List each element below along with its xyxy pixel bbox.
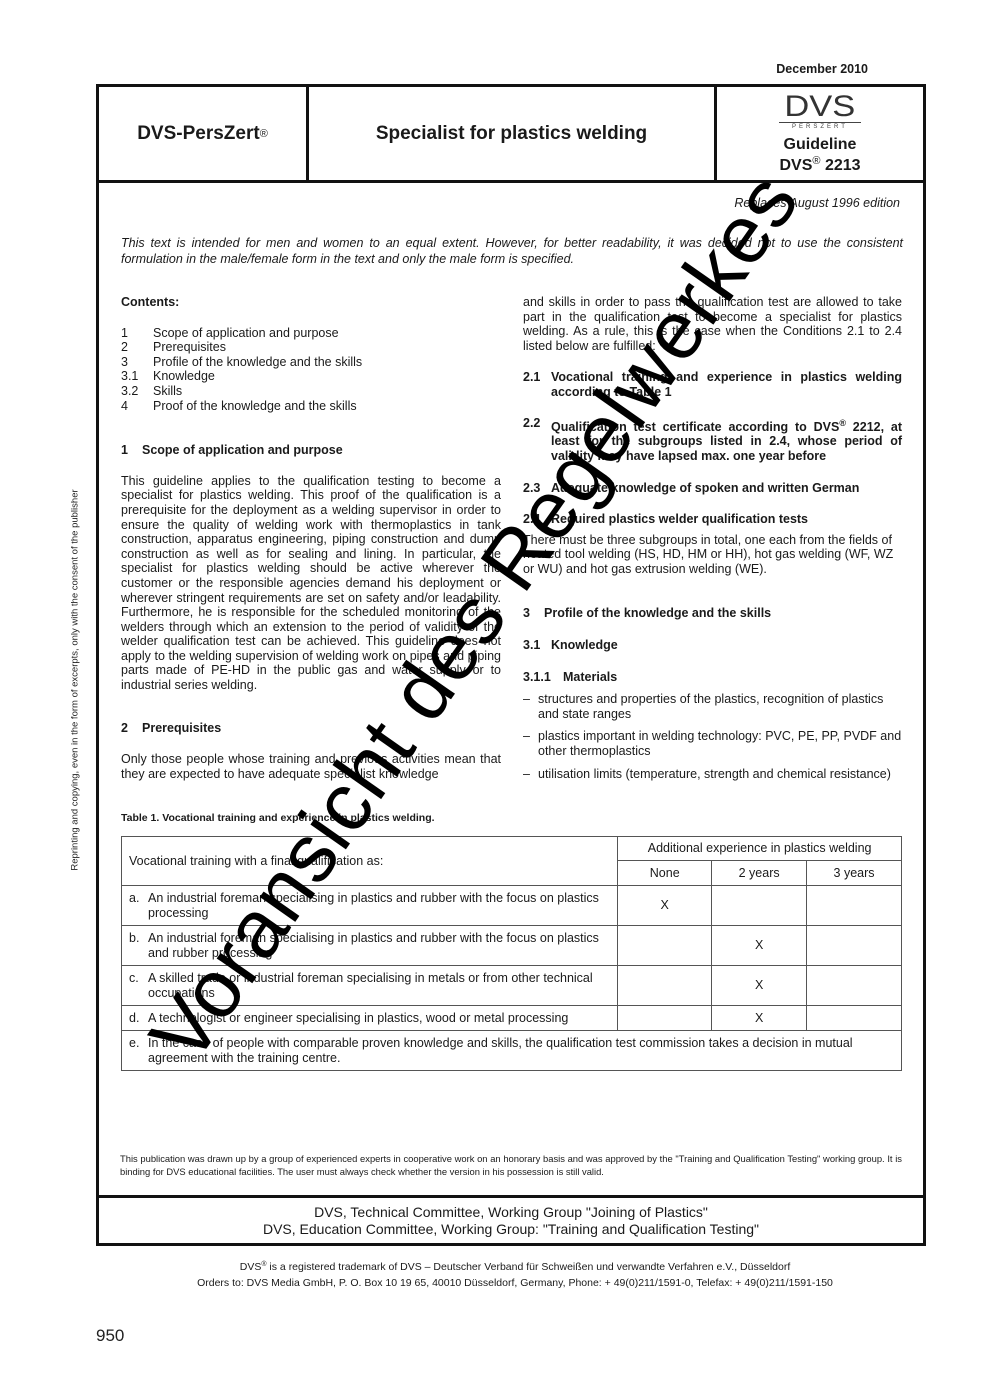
dvs-perszert-logo: DVS PERSZERT xyxy=(779,93,861,132)
section-2-heading: 2Prerequisites xyxy=(121,721,501,736)
trademark-line: DVS® is a registered trademark of DVS – … xyxy=(100,1257,930,1275)
toc-num: 3.2 xyxy=(121,384,153,399)
list-item: –structures and properties of the plasti… xyxy=(523,692,902,721)
row-letter: e. xyxy=(129,1036,148,1065)
toc-item[interactable]: 3.1Knowledge xyxy=(121,369,501,384)
trademark-text: is a registered trademark of DVS – Deuts… xyxy=(267,1261,791,1273)
row-letter: a. xyxy=(129,891,148,920)
publication-note: This publication was drawn up by a group… xyxy=(120,1152,902,1178)
guideline-label: Guideline xyxy=(784,136,857,153)
row-letter: d. xyxy=(129,1011,148,1026)
list-item-text: plastics important in welding technology… xyxy=(538,729,902,758)
table-note-row: e.In the case of people with comparable … xyxy=(122,1031,902,1071)
mark-none xyxy=(618,926,712,966)
table-row: c.A skilled trade or industrial foreman … xyxy=(122,966,902,1006)
mark-none xyxy=(618,1006,712,1031)
section-2-body-part1: Only those people whose training and pre… xyxy=(121,752,501,781)
section-title: Scope of application and purpose xyxy=(142,443,343,458)
row-text: An industrial foreman specialising in pl… xyxy=(148,931,610,960)
publication-date: December 2010 xyxy=(700,62,868,76)
toc-item[interactable]: 3.2Skills xyxy=(121,384,501,399)
row-label: d.A technologist or engineer specialisin… xyxy=(122,1006,618,1031)
section-1-body: This guideline applies to the qualificat… xyxy=(121,474,501,693)
committee-line: DVS, Technical Committee, Working Group … xyxy=(314,1204,708,1221)
mark-3-years xyxy=(807,886,902,926)
condition-num: 2.1 xyxy=(523,370,551,399)
row-letter: b. xyxy=(129,931,148,960)
list-item-text: structures and properties of the plastic… xyxy=(538,692,902,721)
guideline-dvs: DVS xyxy=(779,157,812,174)
toc-item[interactable]: 4Proof of the knowledge and the skills xyxy=(121,399,501,414)
condition-text: Vocational training and experience in pl… xyxy=(551,370,902,399)
condition-2-1: 2.1Vocational training and experience in… xyxy=(523,370,902,399)
registered-mark: ® xyxy=(839,418,846,428)
logo-dvs-text: DVS xyxy=(785,93,856,121)
row-letter: c. xyxy=(129,971,148,1000)
guideline-num: 2213 xyxy=(825,157,861,174)
toc-label: Knowledge xyxy=(153,369,215,384)
committee-line: DVS, Education Committee, Working Group:… xyxy=(263,1221,759,1238)
trademark-dvs: DVS xyxy=(240,1261,262,1273)
section-num: 1 xyxy=(121,443,142,458)
registered-mark: ® xyxy=(260,128,268,140)
section-title: Knowledge xyxy=(551,638,902,653)
list-item: –plastics important in welding technolog… xyxy=(523,729,902,758)
row-label: b.An industrial foreman specialising in … xyxy=(122,926,618,966)
row-text: An industrial foreman specialising in pl… xyxy=(148,891,610,920)
condition-text: Adequate knowledge of spoken and written… xyxy=(551,481,902,496)
section-title: Profile of the knowledge and the skills xyxy=(544,606,902,621)
table-of-contents: 1Scope of application and purpose 2Prere… xyxy=(121,326,501,414)
row-label: a.An industrial foreman specialising in … xyxy=(122,886,618,926)
group-header-experience: Additional experience in plastics weldin… xyxy=(618,837,902,861)
section-3-heading: 3Profile of the knowledge and the skills xyxy=(523,606,902,621)
mark-2-years: X xyxy=(712,1006,807,1031)
toc-num: 3.1 xyxy=(121,369,153,384)
toc-label: Skills xyxy=(153,384,182,399)
row-text: A skilled trade or industrial foreman sp… xyxy=(148,971,610,1000)
table-caption: Table 1. Vocational training and experie… xyxy=(121,812,435,824)
toc-item[interactable]: 1Scope of application and purpose xyxy=(121,326,501,341)
toc-label: Proof of the knowledge and the skills xyxy=(153,399,357,414)
section-num: 2 xyxy=(121,721,142,736)
table-row: d.A technologist or engineer specialisin… xyxy=(122,1006,902,1031)
mark-2-years: X xyxy=(712,926,807,966)
subgroups-text: There must be three subgroups in total, … xyxy=(523,533,902,577)
section-3-1-1-heading: 3.1.1Materials xyxy=(523,670,902,685)
section-title: Materials xyxy=(563,670,902,685)
copyright-side-note: Reprinting and copying, even in the form… xyxy=(70,489,81,870)
sub-header-none: None xyxy=(618,861,712,886)
condition-2-4: 2.4Required plastics welder qualificatio… xyxy=(523,512,902,527)
table-row: a.An industrial foreman specialising in … xyxy=(122,886,902,926)
document-title: Specialist for plastics welding xyxy=(309,87,717,180)
page-number: 950 xyxy=(96,1326,124,1346)
toc-num: 3 xyxy=(121,355,153,370)
row-label: c.A skilled trade or industrial foreman … xyxy=(122,966,618,1006)
toc-num: 2 xyxy=(121,340,153,355)
condition-num: 2.3 xyxy=(523,481,551,496)
logo-subtitle: PERSZERT xyxy=(792,123,848,132)
vocational-training-table: Vocational training with a final qualifi… xyxy=(121,836,902,1071)
section-2-body-part2: and skills in order to pass the qualific… xyxy=(523,295,902,353)
mark-none xyxy=(618,966,712,1006)
condition-text: Qualification test certificate according… xyxy=(551,416,902,464)
mark-3-years xyxy=(807,1006,902,1031)
registered-mark: ® xyxy=(812,155,820,167)
brand-name: DVS-PersZert xyxy=(137,123,260,145)
section-num: 3.1 xyxy=(523,638,551,653)
section-3-1-heading: 3.1Knowledge xyxy=(523,638,902,653)
section-1-heading: 1Scope of application and purpose xyxy=(121,443,501,458)
left-column: Contents: 1Scope of application and purp… xyxy=(121,295,501,781)
toc-num: 4 xyxy=(121,399,153,414)
materials-list: –structures and properties of the plasti… xyxy=(523,692,902,781)
right-column: and skills in order to pass the qualific… xyxy=(523,295,902,789)
trademark-notice: DVS® is a registered trademark of DVS – … xyxy=(100,1257,930,1291)
replaces-note: Replaces August 1996 edition xyxy=(600,196,900,210)
list-item-text: utilisation limits (temperature, strengt… xyxy=(538,767,902,782)
note-cell: e.In the case of people with comparable … xyxy=(122,1031,902,1071)
table-row: b.An industrial foreman specialising in … xyxy=(122,926,902,966)
toc-label: Profile of the knowledge and the skills xyxy=(153,355,362,370)
guideline-number: DVS® 2213 xyxy=(779,153,860,174)
condition-2-3: 2.3Adequate knowledge of spoken and writ… xyxy=(523,481,902,496)
mark-2-years xyxy=(712,886,807,926)
document-header: DVS-PersZert® Specialist for plastics we… xyxy=(99,87,923,183)
condition-num: 2.2 xyxy=(523,416,551,464)
dash-bullet: – xyxy=(523,692,538,721)
condition-text: Required plastics welder qualification t… xyxy=(551,512,902,527)
mark-3-years xyxy=(807,966,902,1006)
contents-heading: Contents: xyxy=(121,295,501,310)
mark-2-years: X xyxy=(712,966,807,1006)
brand-cell: DVS-PersZert® xyxy=(99,87,309,180)
list-item: –utilisation limits (temperature, streng… xyxy=(523,767,902,782)
orders-line: Orders to: DVS Media GmbH, P. O. Box 10 … xyxy=(100,1275,930,1291)
column-header-training: Vocational training with a final qualifi… xyxy=(122,837,618,886)
toc-num: 1 xyxy=(121,326,153,341)
toc-label: Scope of application and purpose xyxy=(153,326,339,341)
dash-bullet: – xyxy=(523,729,538,758)
row-text: A technologist or engineer specialising … xyxy=(148,1011,610,1026)
committee-box: DVS, Technical Committee, Working Group … xyxy=(99,1195,923,1243)
section-num: 3 xyxy=(523,606,544,621)
toc-item[interactable]: 2Prerequisites xyxy=(121,340,501,355)
mark-none: X xyxy=(618,886,712,926)
guideline-cell: DVS PERSZERT Guideline DVS® 2213 xyxy=(717,87,923,180)
dash-bullet: – xyxy=(523,767,538,782)
row-text: In the case of people with comparable pr… xyxy=(148,1036,894,1065)
sub-header-3-years: 3 years xyxy=(807,861,902,886)
intro-note: This text is intended for men and women … xyxy=(121,235,903,267)
mark-3-years xyxy=(807,926,902,966)
condition-2-2: 2.2Qualification test certificate accord… xyxy=(523,416,902,464)
toc-item[interactable]: 3Profile of the knowledge and the skills xyxy=(121,355,501,370)
toc-label: Prerequisites xyxy=(153,340,226,355)
section-title: Prerequisites xyxy=(142,721,221,736)
condition-num: 2.4 xyxy=(523,512,551,527)
condition-text-pre: Qualification test certificate according… xyxy=(551,420,839,434)
section-num: 3.1.1 xyxy=(523,670,563,685)
sub-header-2-years: 2 years xyxy=(712,861,807,886)
